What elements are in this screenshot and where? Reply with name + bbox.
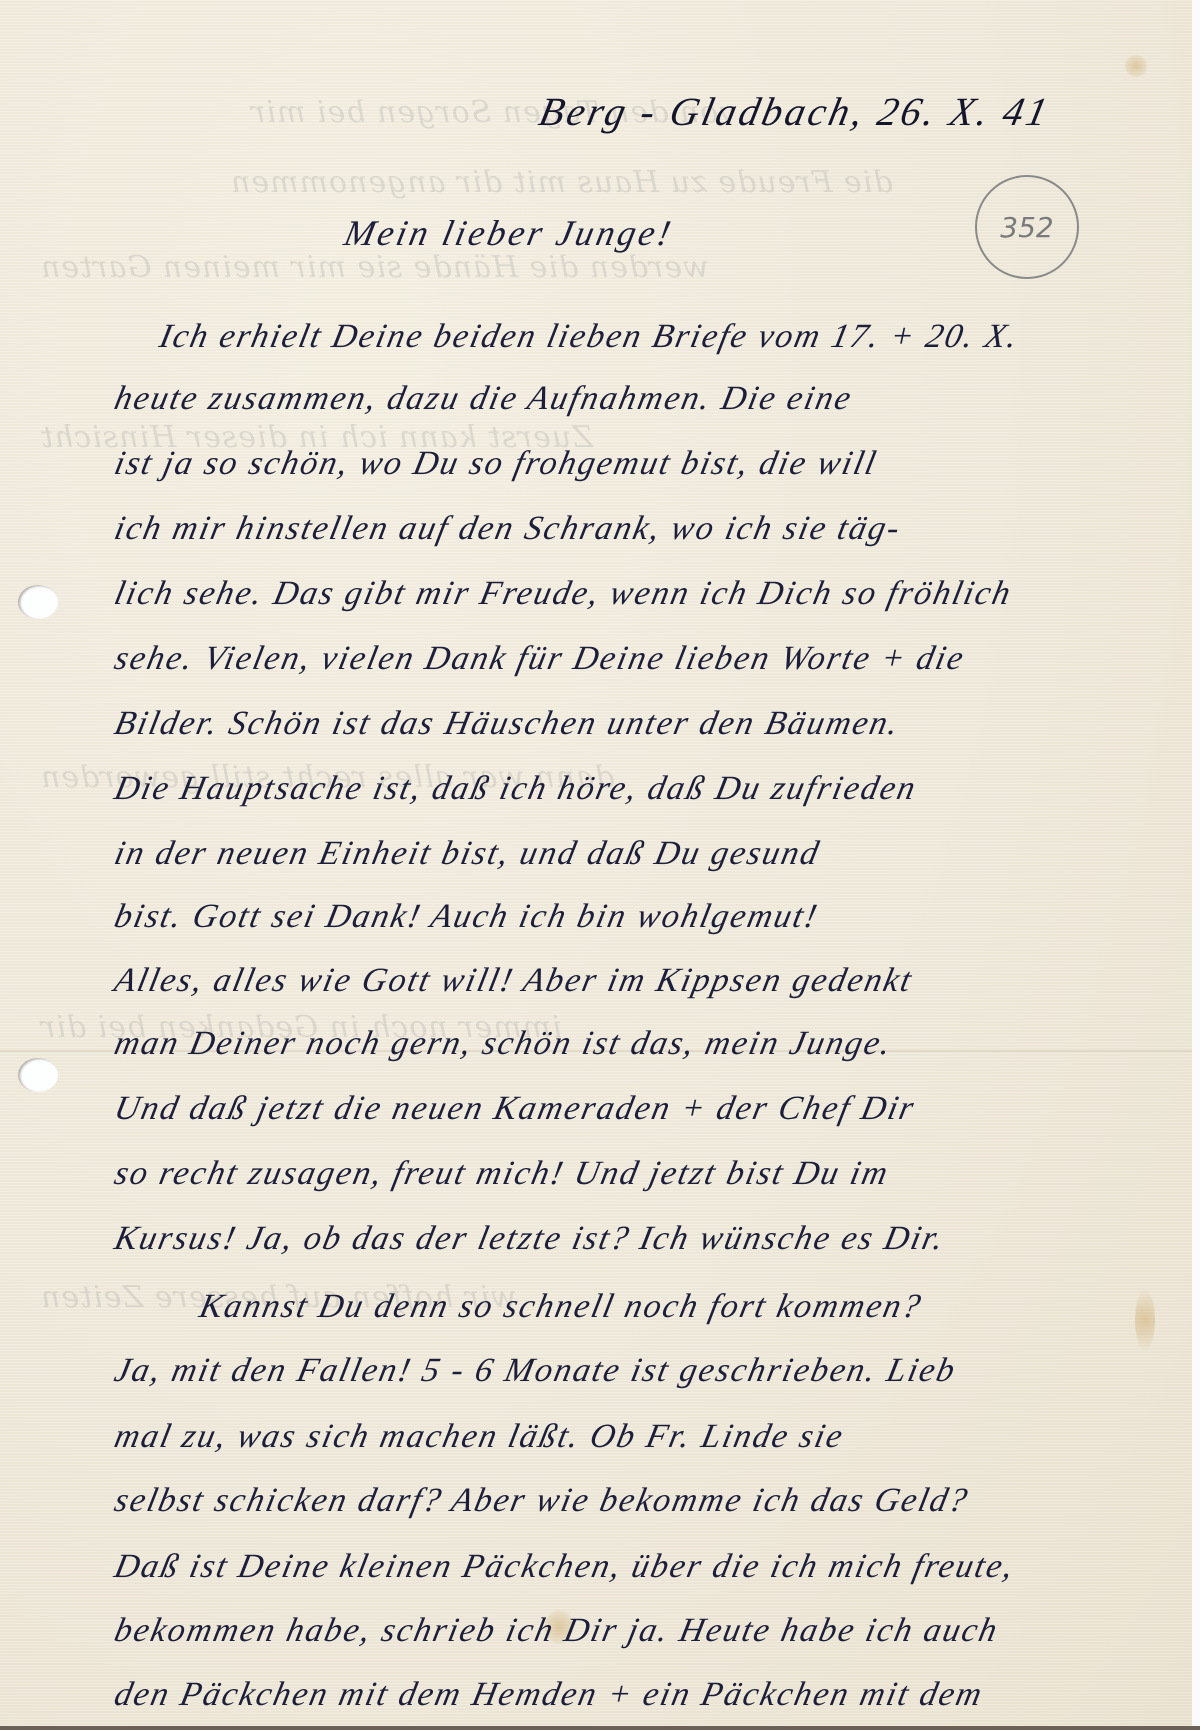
body-line: sehe. Vielen, vielen Dank für Deine lieb…	[111, 640, 969, 678]
body-line: Daß ist Deine kleinen Päckchen, über die…	[111, 1548, 1018, 1586]
salutation: Mein lieber Junge!	[341, 212, 678, 254]
punch-hole-bottom	[18, 1058, 58, 1092]
archive-number: 352	[1000, 211, 1053, 244]
place-date-line: Berg - Gladbach, 26. X. 41	[535, 88, 1055, 135]
archive-number-stamp: 352	[975, 175, 1079, 279]
bleed-through-text: die Freude zu Haus mit dir angenommen	[230, 165, 893, 200]
body-line: Kannst Du denn so schnell noch fort komm…	[196, 1288, 926, 1326]
body-line: bist. Gott sei Dank! Auch ich bin wohlge…	[111, 898, 822, 936]
bleed-through-text: werden die Hände sie mir meinen Garten	[40, 250, 709, 285]
body-line: Die Hauptsache ist, daß ich höre, daß Du…	[111, 770, 920, 808]
body-line: den Päckchen mit dem Hemden + ein Päckch…	[111, 1676, 987, 1714]
paper-stain	[1135, 1290, 1155, 1350]
body-line: man Deiner noch gern, schön ist das, mei…	[111, 1025, 896, 1063]
paper-stain	[1125, 55, 1147, 77]
punch-hole-top	[18, 585, 58, 619]
body-line: selbst schicken darf? Aber wie bekomme i…	[111, 1482, 972, 1520]
body-line: ich mir hinstellen auf den Schrank, wo i…	[111, 510, 905, 548]
body-line: Alles, alles wie Gott will! Aber im Kipp…	[111, 962, 916, 1000]
body-line: in der neuen Einheit bist, und daß Du ge…	[111, 835, 824, 873]
body-line: heute zusammen, dazu die Aufnahmen. Die …	[111, 380, 856, 418]
body-line: ist ja so schön, wo Du so frohgemut bist…	[111, 445, 881, 483]
body-line: Ich erhielt Deine beiden lieben Briefe v…	[156, 318, 1022, 356]
body-line: Kursus! Ja, ob das der letzte ist? Ich w…	[111, 1220, 949, 1258]
body-line: Und daß jetzt die neuen Kameraden + der …	[111, 1090, 919, 1128]
body-line: Bilder. Schön ist das Häuschen unter den…	[111, 705, 903, 743]
body-line: mal zu, was sich machen läßt. Ob Fr. Lin…	[111, 1418, 848, 1456]
body-line: lich sehe. Das gibt mir Freude, wenn ich…	[111, 575, 1016, 613]
scan-edge-bottom	[0, 1726, 1200, 1730]
scan-edge-right	[1192, 0, 1200, 1730]
body-line: bekommen habe, schrieb ich Dir ja. Heute…	[111, 1612, 1002, 1650]
body-line: Ja, mit den Fallen! 5 - 6 Monate ist ges…	[111, 1352, 960, 1390]
body-line: so recht zusagen, freut mich! Und jetzt …	[111, 1155, 893, 1193]
